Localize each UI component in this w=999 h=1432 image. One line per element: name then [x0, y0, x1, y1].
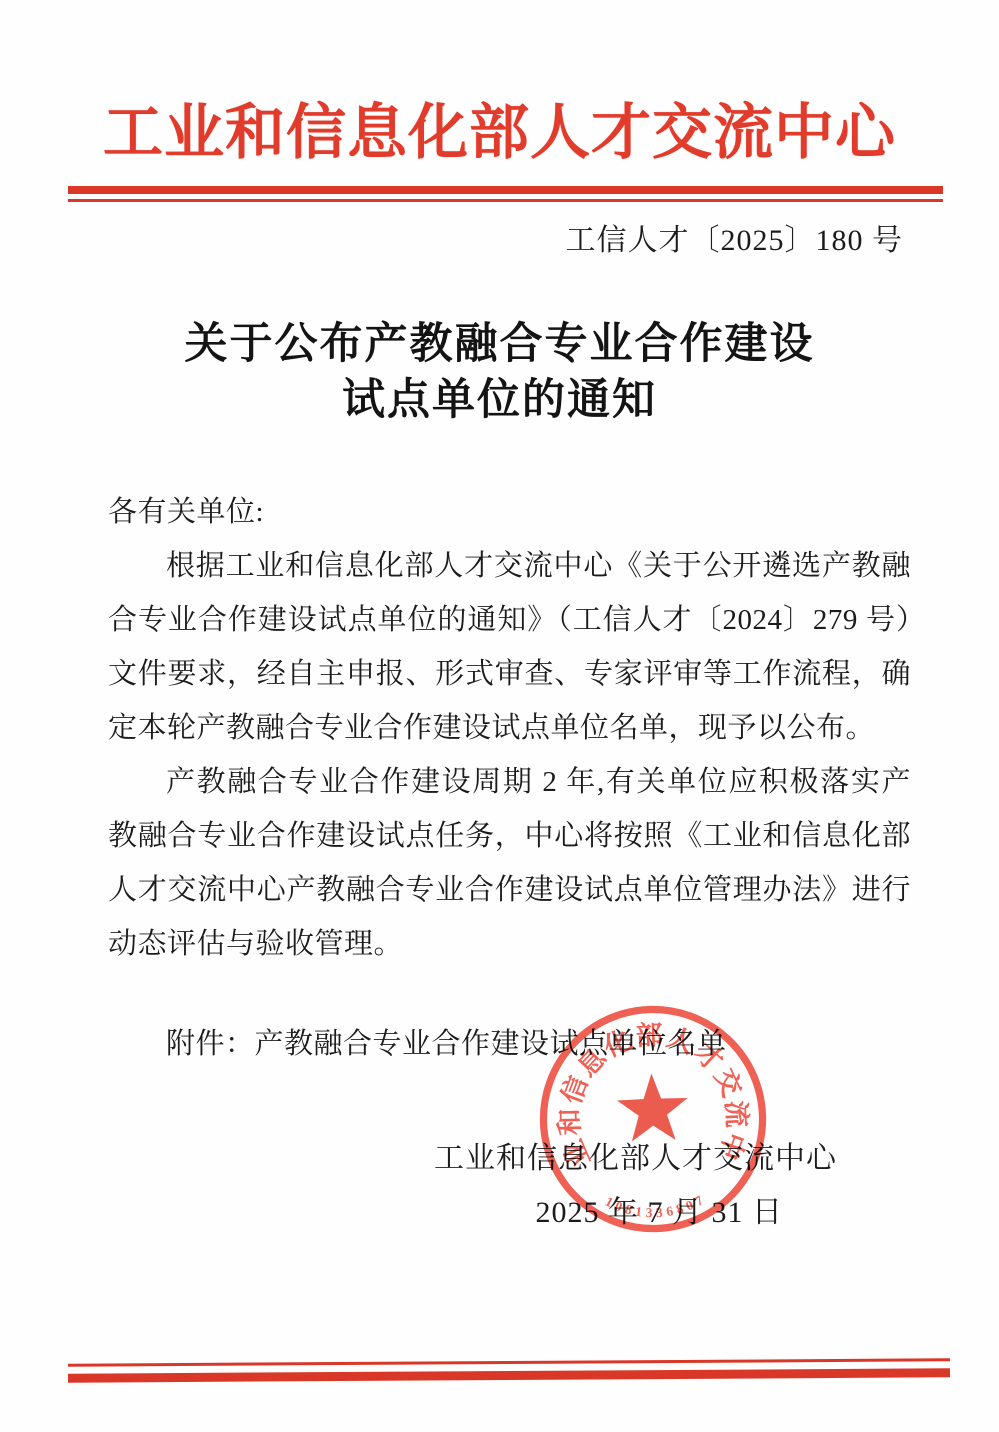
- header-rule-thin: [68, 199, 943, 202]
- footer-rule-thin: [68, 1358, 950, 1366]
- salutation: 各有关单位:: [108, 485, 911, 539]
- document-title: 关于公布产教融合专业合作建设 试点单位的通知: [0, 317, 999, 429]
- body-paragraph-2: 产教融合专业合作建设周期 2 年,有关单位应积极落实产教融合专业合作建设试点任务…: [108, 755, 911, 971]
- document-title-line1: 关于公布产教融合专业合作建设: [0, 317, 999, 373]
- attachment-line: 附件：产教融合专业合作建设试点单位名单: [108, 1017, 911, 1071]
- footer-rule-thick: [68, 1368, 950, 1382]
- header-rule-thick: [68, 186, 943, 194]
- signature-org: 工业和信息化部人才交流中心: [0, 1132, 999, 1186]
- document-body: 各有关单位: 根据工业和信息化部人才交流中心《关于公开遴选产教融合专业合作建设试…: [0, 485, 999, 1071]
- document-page: 工业和信息化部人才交流中心 工信人才〔2025〕180 号 关于公布产教融合专业…: [0, 0, 999, 1432]
- document-number: 工信人才〔2025〕180 号: [0, 215, 999, 259]
- letterhead-org-title: 工业和信息化部人才交流中心: [0, 0, 999, 166]
- signature-date: 2025 年 7 月 31 日: [0, 1186, 999, 1240]
- body-paragraph-1: 根据工业和信息化部人才交流中心《关于公开遴选产教融合专业合作建设试点单位的通知》…: [108, 539, 911, 755]
- document-title-line2: 试点单位的通知: [0, 373, 999, 429]
